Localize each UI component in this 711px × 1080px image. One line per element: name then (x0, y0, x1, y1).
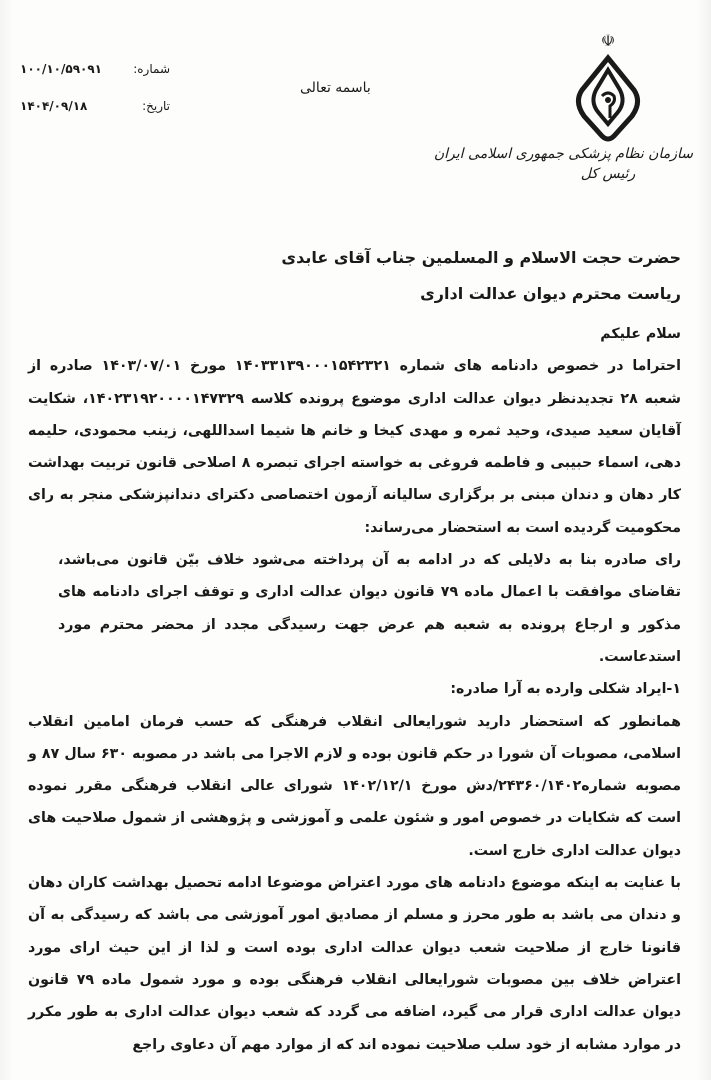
organization-logo-block: ☫ سازمان نظام پزشکی جمهوری اسلامی ایران … (523, 32, 693, 182)
addressee-line-1: حضرت حجت الاسلام و المسلمین جناب آقای عا… (281, 240, 681, 276)
iran-emblem-icon: ☫ (523, 32, 693, 50)
section-heading-formal-objection: ۱-ایراد شکلی وارده به آرا صادره: (28, 673, 681, 705)
letter-date-label: تاریخ: (142, 99, 170, 113)
addressee-block: حضرت حجت الاسلام و المسلمین جناب آقای عا… (281, 240, 681, 312)
body-paragraph-council-resolution: همانطور که استحضار دارید شورایعالی انقلا… (28, 706, 681, 867)
letter-body: سلام علیکم احتراما در خصوص دادنامه های ش… (28, 318, 681, 1061)
letter-number-row: شماره: ۱۰۰/۱۰/۵۹۰۹۱ (20, 62, 170, 99)
medical-council-logo-icon (568, 52, 648, 142)
body-paragraph-request: رای صادره بنا به دلایلی که در ادامه به آ… (28, 544, 681, 673)
letter-number-value: ۱۰۰/۱۰/۵۹۰۹۱ (20, 62, 102, 76)
body-paragraph-jurisdiction: با عنایت به اینکه موضوع دادنامه های مورد… (28, 867, 681, 1061)
invocation-heading: باسمه تعالی (300, 80, 371, 96)
body-paragraph-intro: احتراما در خصوص دادنامه های شماره ۱۴۰۳۳۱… (28, 350, 681, 544)
organization-name: سازمان نظام پزشکی جمهوری اسلامی ایران (523, 146, 693, 162)
addressee-line-2: ریاست محترم دیوان عدالت اداری (281, 276, 681, 312)
letter-meta: شماره: ۱۰۰/۱۰/۵۹۰۹۱ تاریخ: ۱۴۰۴/۰۹/۱۸ (20, 62, 170, 136)
organization-signatory-title: رئیس کل (523, 166, 693, 182)
letter-number-label: شماره: (133, 62, 170, 76)
letter-date-row: تاریخ: ۱۴۰۴/۰۹/۱۸ (20, 99, 170, 136)
greeting: سلام علیکم (28, 318, 681, 350)
letter-date-value: ۱۴۰۴/۰۹/۱۸ (20, 99, 87, 113)
letter-page: شماره: ۱۰۰/۱۰/۵۹۰۹۱ تاریخ: ۱۴۰۴/۰۹/۱۸ با… (0, 0, 711, 1080)
